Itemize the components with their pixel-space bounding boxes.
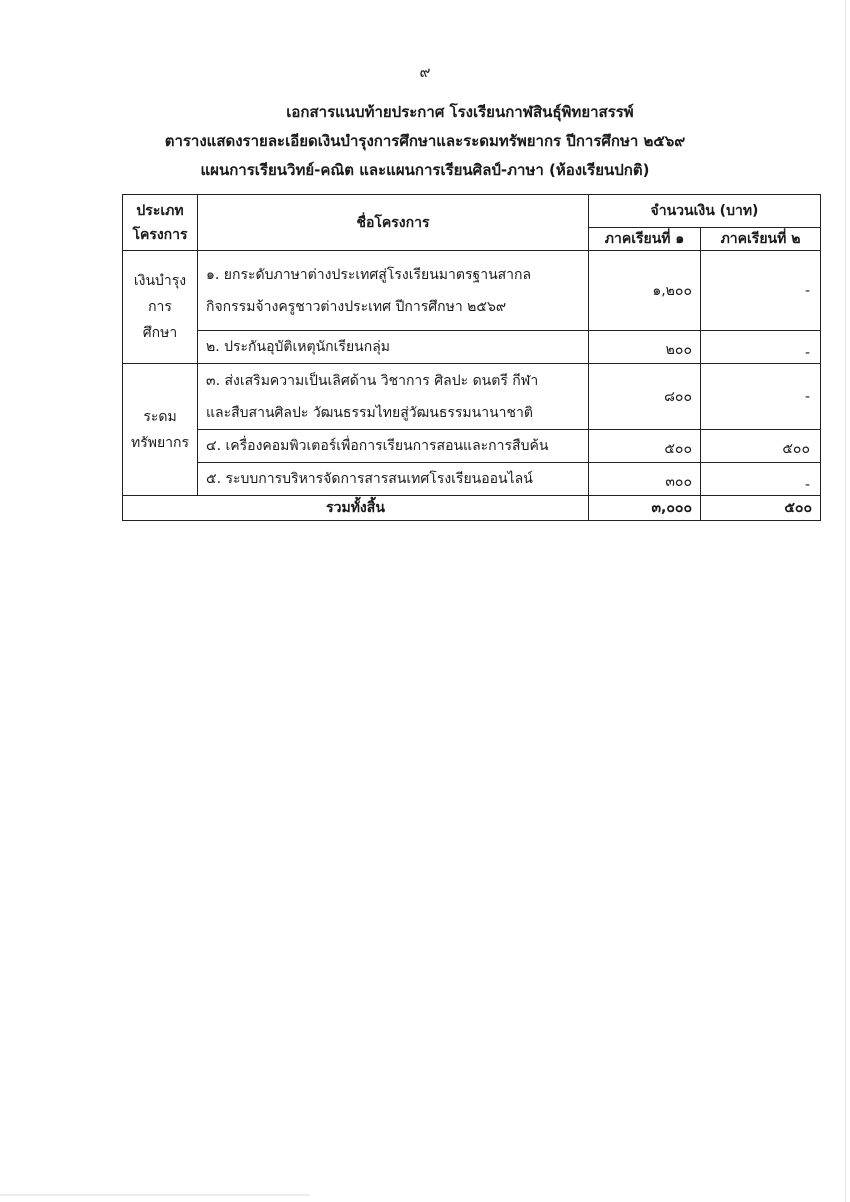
- semester-1-amount: ๒๐๐: [589, 331, 701, 364]
- table-row: ๔. เครื่องคอมพิวเตอร์เพื่อการเรียนการสอน…: [123, 430, 821, 463]
- group-type-cell: เงินบำรุง การศึกษา: [123, 251, 198, 364]
- header-row: ประเภท โครงการ ชื่อโครงการ จำนวนเงิน (บา…: [123, 195, 821, 228]
- project-name-cell: ๕. ระบบการบริหารจัดการสารสนเทศโรงเรียนออ…: [198, 463, 589, 496]
- header-semester-1: ภาคเรียนที่ ๑: [589, 228, 701, 251]
- table-row: ๕. ระบบการบริหารจัดการสารสนเทศโรงเรียนออ…: [123, 463, 821, 496]
- project-name-line2: กิจกรรมจ้างครูชาวต่างประเทศ ปีการศึกษา ๒…: [206, 291, 580, 323]
- project-name-line2: และสืบสานศิลปะ วัฒนธรรมไทยสู่วัฒนธรรมนาน…: [206, 397, 580, 429]
- title-line-1: เอกสารแนบท้ายประกาศ โรงเรียนกาฬสินธุ์พิท…: [0, 98, 850, 127]
- semester-2-amount: -: [701, 251, 821, 331]
- semester-1-amount: ๑,๒๐๐: [589, 251, 701, 331]
- table-row: เงินบำรุง การศึกษา ๑. ยกระดับภาษาต่างประ…: [123, 251, 821, 331]
- group-type-line1: ระดม: [131, 404, 189, 430]
- project-name-cell: ๔. เครื่องคอมพิวเตอร์เพื่อการเรียนการสอน…: [198, 430, 589, 463]
- group-type-line2: การศึกษา: [131, 294, 189, 346]
- header-project-type-line2: โครงการ: [131, 223, 189, 247]
- project-name-cell: ๓. ส่งเสริมความเป็นเลิศด้าน วิชาการ ศิลป…: [198, 364, 589, 430]
- document-title: เอกสารแนบท้ายประกาศ โรงเรียนกาฬสินธุ์พิท…: [0, 98, 850, 185]
- total-semester-2: ๕๐๐: [701, 496, 821, 521]
- total-label: รวมทั้งสิ้น: [123, 496, 589, 521]
- project-name-line1: ๑. ยกระดับภาษาต่างประเทศสู่โรงเรียนมาตรฐ…: [206, 259, 580, 291]
- total-semester-1: ๓,๐๐๐: [589, 496, 701, 521]
- title-line-2: ตารางแสดงรายละเอียดเงินบำรุงการศึกษาและร…: [0, 127, 850, 156]
- project-name-line1: ๓. ส่งเสริมความเป็นเลิศด้าน วิชาการ ศิลป…: [206, 365, 580, 397]
- title-line-3: แผนการเรียนวิทย์-คณิต และแผนการเรียนศิลป…: [0, 156, 850, 185]
- group-type-line2: ทรัพยากร: [131, 430, 189, 456]
- page-number: ๙: [0, 60, 850, 84]
- budget-table: ประเภท โครงการ ชื่อโครงการ จำนวนเงิน (บา…: [122, 194, 821, 521]
- group-type-line1: เงินบำรุง: [131, 268, 189, 294]
- header-project-type-line1: ประเภท: [131, 199, 189, 223]
- group-type-cell: ระดม ทรัพยากร: [123, 364, 198, 496]
- header-project-name: ชื่อโครงการ: [198, 195, 589, 251]
- table-row: ๒. ประกันอุบัติเหตุนักเรียนกลุ่ม ๒๐๐ -: [123, 331, 821, 364]
- scan-edge-line: [0, 1194, 310, 1196]
- total-row: รวมทั้งสิ้น ๓,๐๐๐ ๕๐๐: [123, 496, 821, 521]
- project-name-cell: ๒. ประกันอุบัติเหตุนักเรียนกลุ่ม: [198, 331, 589, 364]
- table-row: ระดม ทรัพยากร ๓. ส่งเสริมความเป็นเลิศด้า…: [123, 364, 821, 430]
- scan-edge-line: [845, 0, 846, 1202]
- project-name-cell: ๑. ยกระดับภาษาต่างประเทศสู่โรงเรียนมาตรฐ…: [198, 251, 589, 331]
- header-semester-2: ภาคเรียนที่ ๒: [701, 228, 821, 251]
- semester-2-amount: -: [701, 331, 821, 364]
- semester-1-amount: ๘๐๐: [589, 364, 701, 430]
- header-project-type: ประเภท โครงการ: [123, 195, 198, 251]
- semester-2-amount: ๕๐๐: [701, 430, 821, 463]
- semester-2-amount: -: [701, 463, 821, 496]
- semester-1-amount: ๕๐๐: [589, 430, 701, 463]
- semester-2-amount: -: [701, 364, 821, 430]
- semester-1-amount: ๓๐๐: [589, 463, 701, 496]
- header-amount: จำนวนเงิน (บาท): [589, 195, 821, 228]
